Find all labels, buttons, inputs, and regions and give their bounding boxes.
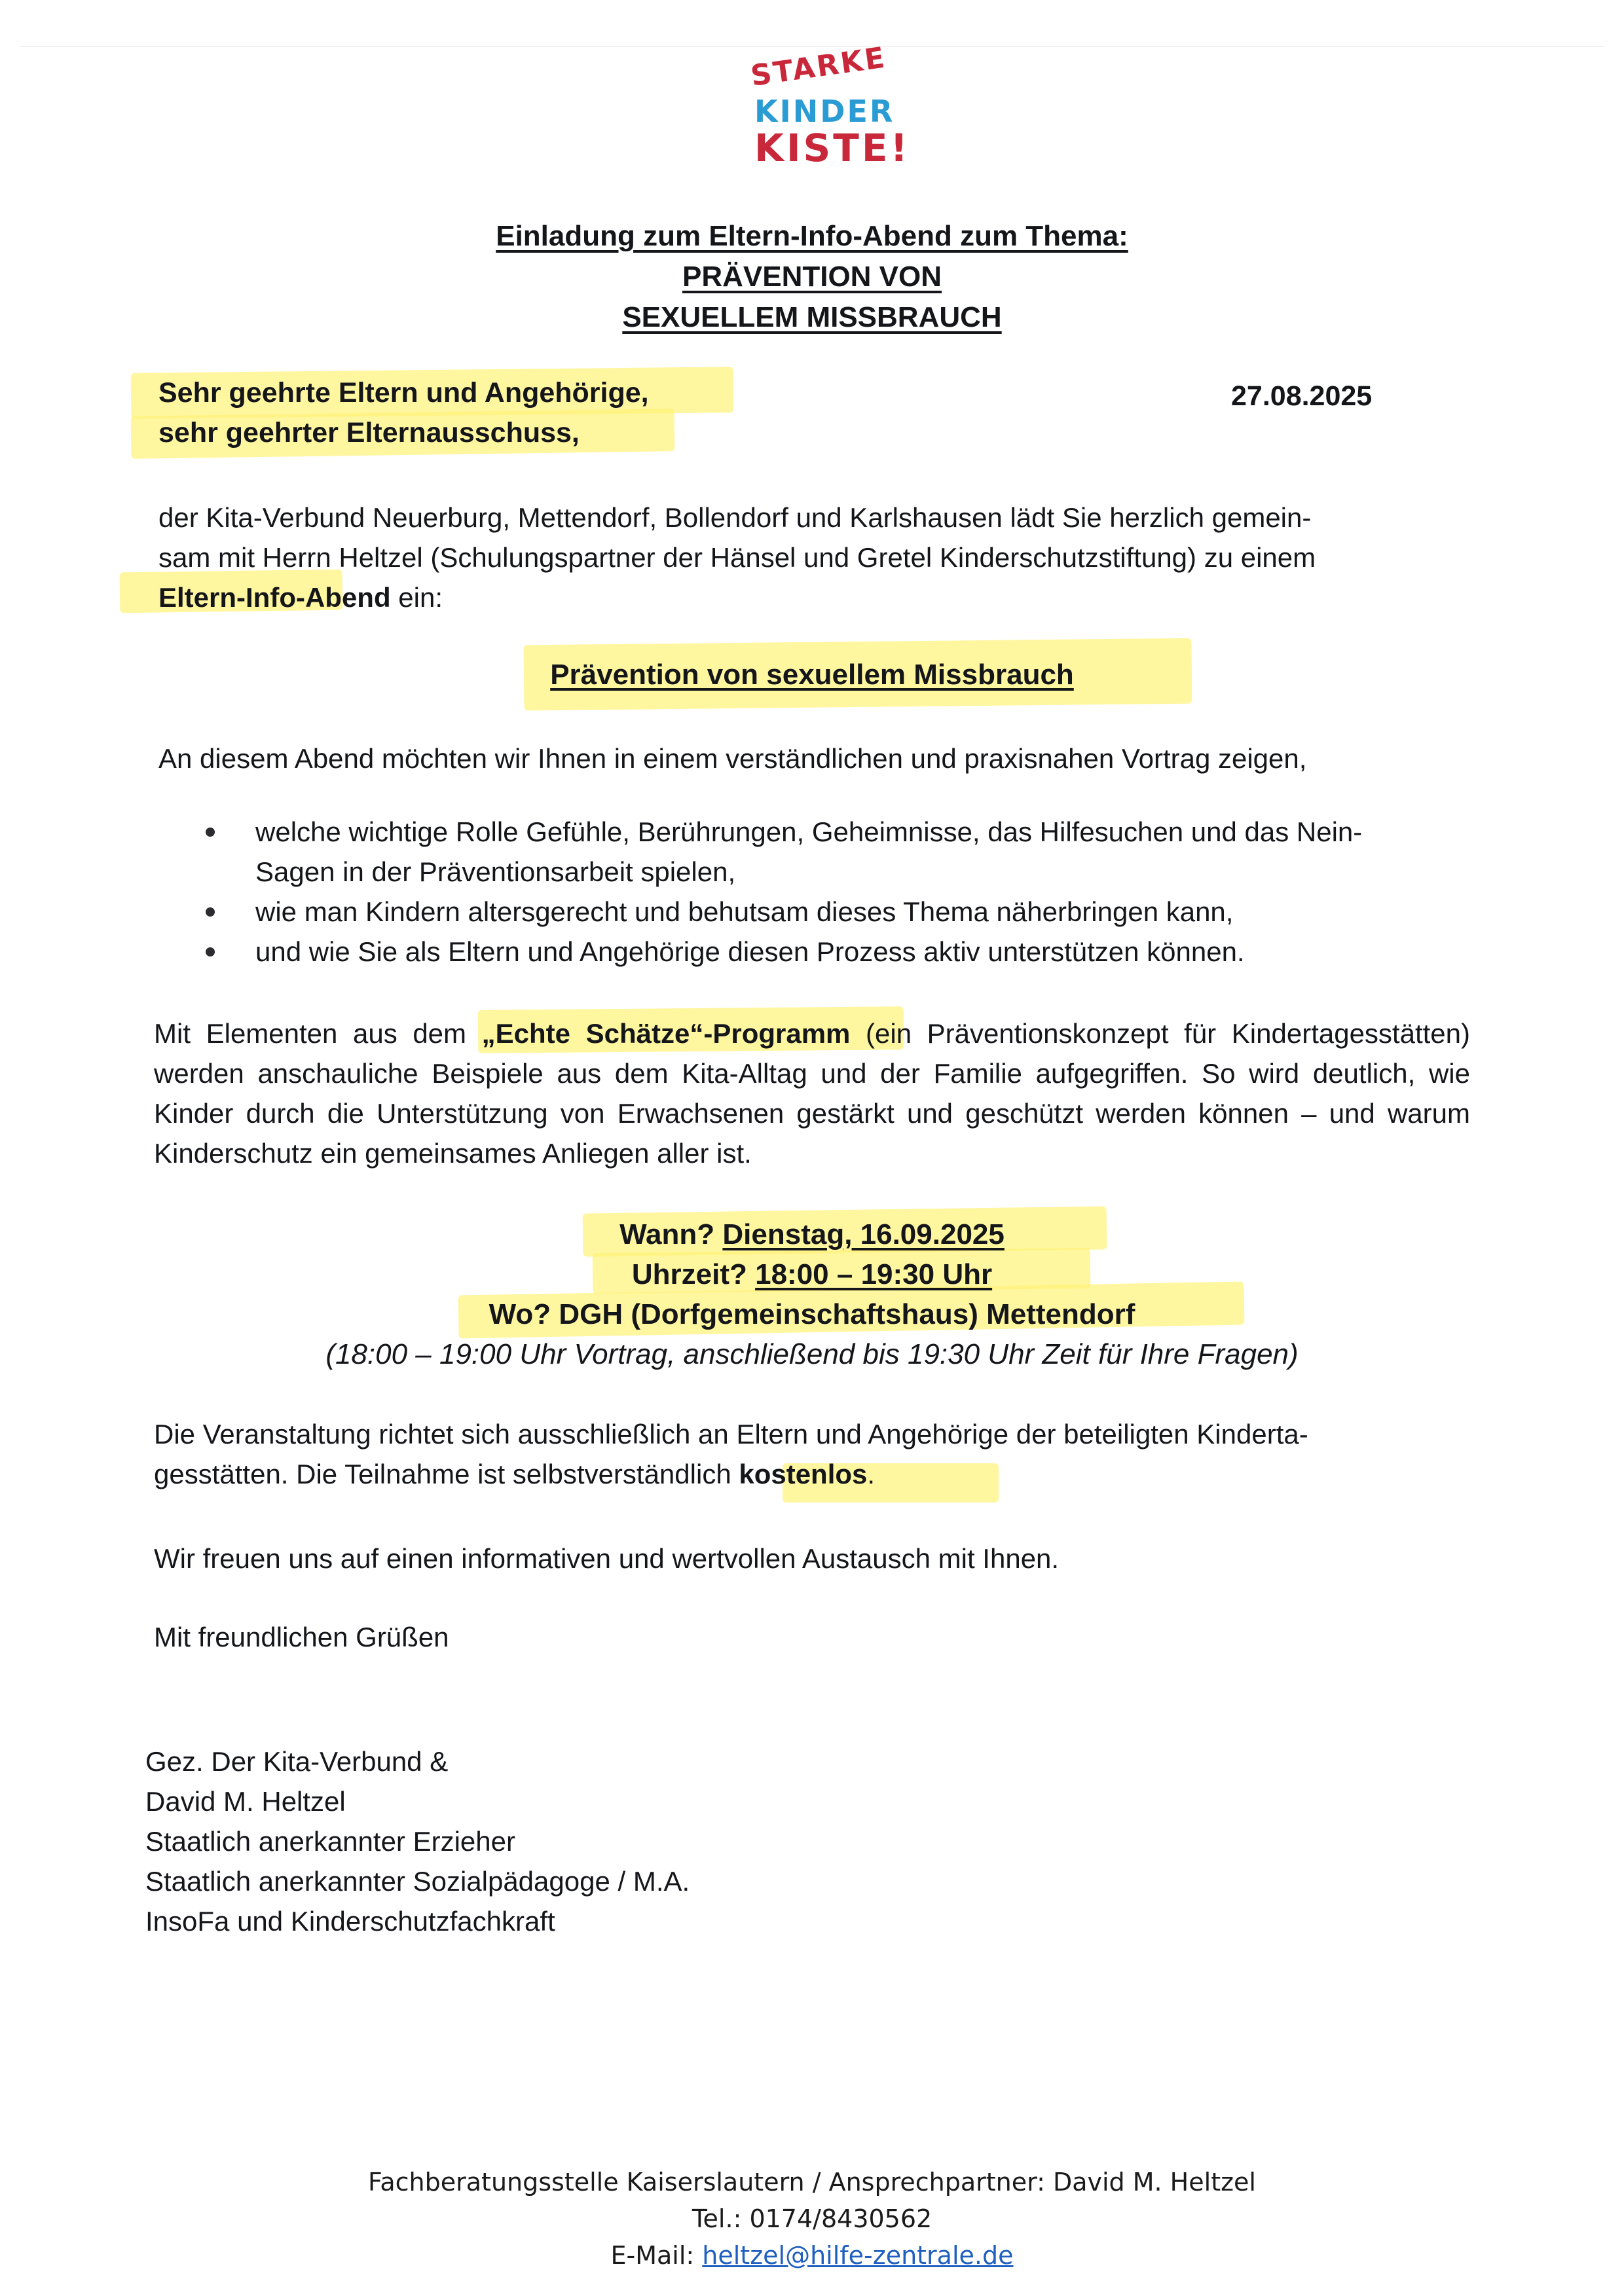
signature-line-3: Staatlich anerkannter Erzieher — [145, 1821, 690, 1861]
starke-kinder-kiste-logo: STARKE KINDER KISTE! — [747, 62, 891, 167]
event-time: Uhrzeit? 18:00 – 19:30 Uhr — [0, 1254, 1624, 1294]
event-location: Wo? DGH (Dorfgemeinschaftshaus) Mettendo… — [0, 1294, 1624, 1334]
logo-line-kiste: KISTE! — [754, 129, 891, 167]
intro-bold: Eltern-Info-Abend — [158, 582, 391, 613]
logo-line-kinder: KINDER — [754, 96, 891, 126]
event-date: Wann? Dienstag, 16.09.2025 — [0, 1214, 1624, 1254]
list-item: wie man Kindern altersgerecht und behuts… — [196, 892, 1493, 932]
event-details: Wann? Dienstag, 16.09.2025 Uhrzeit? 18:0… — [0, 1214, 1624, 1374]
intro-line-2: sam mit Herrn Heltzel (Schulungspartner … — [158, 538, 1468, 577]
bullet-icon — [206, 828, 215, 837]
audience-suffix: . — [867, 1459, 875, 1489]
program-prefix: Mit Elementen aus dem — [154, 1018, 482, 1049]
topic-heading: Prävention von sexuellem Missbrauch — [0, 655, 1624, 695]
signature-line-5: InsoFa und Kinderschutzfachkraft — [145, 1901, 690, 1941]
program-name: „Echte Schätze“-Programm — [482, 1018, 851, 1049]
title-line-3: SEXUELLEM MISSBRAUCH — [622, 301, 1001, 333]
when-label: Wann? — [619, 1218, 722, 1250]
title-line-2: PRÄVENTION VON — [682, 261, 942, 293]
when-value: Dienstag, 16.09.2025 — [722, 1218, 1004, 1250]
audience-prefix: gesstätten. Die Teilnahme ist selbstvers… — [154, 1459, 739, 1489]
scan-edge-line — [20, 46, 1604, 47]
intro-rest: ein: — [391, 582, 443, 613]
time-value: 18:00 – 19:30 Uhr — [755, 1258, 992, 1290]
list-item: welche wichtige Rolle Gefühle, Berührung… — [196, 812, 1493, 892]
free-of-charge: kostenlos — [739, 1459, 867, 1489]
closing-sentence: Wir freuen uns auf einen informativen un… — [154, 1539, 1059, 1578]
audience-line-1: Die Veranstaltung richtet sich ausschlie… — [154, 1414, 1470, 1454]
invitation-letter: STARKE KINDER KISTE! Einladung zum Elter… — [0, 0, 1624, 2296]
email-link[interactable]: heltzel@hilfe-zentrale.de — [702, 2241, 1013, 2270]
bullet-1-line-1: welche wichtige Rolle Gefühle, Berührung… — [255, 812, 1493, 852]
footer-organization: Fachberatungsstelle Kaiserslautern / Ans… — [0, 2164, 1624, 2200]
logo-line-starke: STARKE — [749, 43, 889, 91]
title-line-1: Einladung zum Eltern-Info-Abend zum Them… — [496, 220, 1128, 252]
signature-line-1: Gez. Der Kita-Verbund & — [145, 1741, 690, 1781]
bullet-2-line-1: wie man Kindern altersgerecht und behuts… — [255, 892, 1493, 932]
footer-email-row: E-Mail: heltzel@hilfe-zentrale.de — [0, 2237, 1624, 2274]
intro-line-1: der Kita-Verbund Neuerburg, Mettendorf, … — [158, 498, 1468, 538]
program-paragraph: Mit Elementen aus dem „Echte Schätze“-Pr… — [154, 1013, 1470, 1173]
topic-text: Prävention von sexuellem Missbrauch — [550, 659, 1074, 691]
bullet-1-line-2: Sagen in der Präventionsarbeit spielen, — [255, 852, 1493, 892]
bullet-icon — [206, 947, 215, 957]
bullet-3-line-1: und wie Sie als Eltern und Angehörige di… — [255, 932, 1493, 972]
regards: Mit freundlichen Grüßen — [154, 1617, 449, 1657]
bullet-icon — [206, 907, 215, 917]
page-title: Einladung zum Eltern-Info-Abend zum Them… — [0, 216, 1624, 338]
intro-paragraph: der Kita-Verbund Neuerburg, Mettendorf, … — [158, 498, 1468, 617]
footer-contact: Fachberatungsstelle Kaiserslautern / Ans… — [0, 2164, 1624, 2274]
salutation-line-1: Sehr geehrte Eltern und Angehörige, — [158, 373, 649, 413]
audience-line-2: gesstätten. Die Teilnahme ist selbstvers… — [154, 1454, 1470, 1494]
list-item: und wie Sie als Eltern und Angehörige di… — [196, 932, 1493, 972]
signature-line-4: Staatlich anerkannter Sozialpädagoge / M… — [145, 1861, 690, 1901]
signature-block: Gez. Der Kita-Verbund & David M. Heltzel… — [145, 1741, 690, 1941]
salutation: Sehr geehrte Eltern und Angehörige, sehr… — [158, 373, 649, 453]
footer-phone: Tel.: 0174/8430562 — [0, 2200, 1624, 2237]
lead-sentence: An diesem Abend möchten wir Ihnen in ein… — [158, 738, 1534, 778]
email-label: E-Mail: — [610, 2241, 702, 2270]
bullet-list: welche wichtige Rolle Gefühle, Berührung… — [196, 812, 1493, 972]
event-schedule-note: (18:00 – 19:00 Uhr Vortrag, anschließend… — [0, 1334, 1624, 1374]
intro-line-3: Eltern-Info-Abend ein: — [158, 577, 1468, 617]
audience-paragraph: Die Veranstaltung richtet sich ausschlie… — [154, 1414, 1470, 1494]
salutation-line-2: sehr geehrter Elternausschuss, — [158, 413, 649, 453]
letter-date: 27.08.2025 — [1231, 376, 1372, 416]
time-label: Uhrzeit? — [632, 1258, 755, 1290]
signature-line-2: David M. Heltzel — [145, 1781, 690, 1821]
